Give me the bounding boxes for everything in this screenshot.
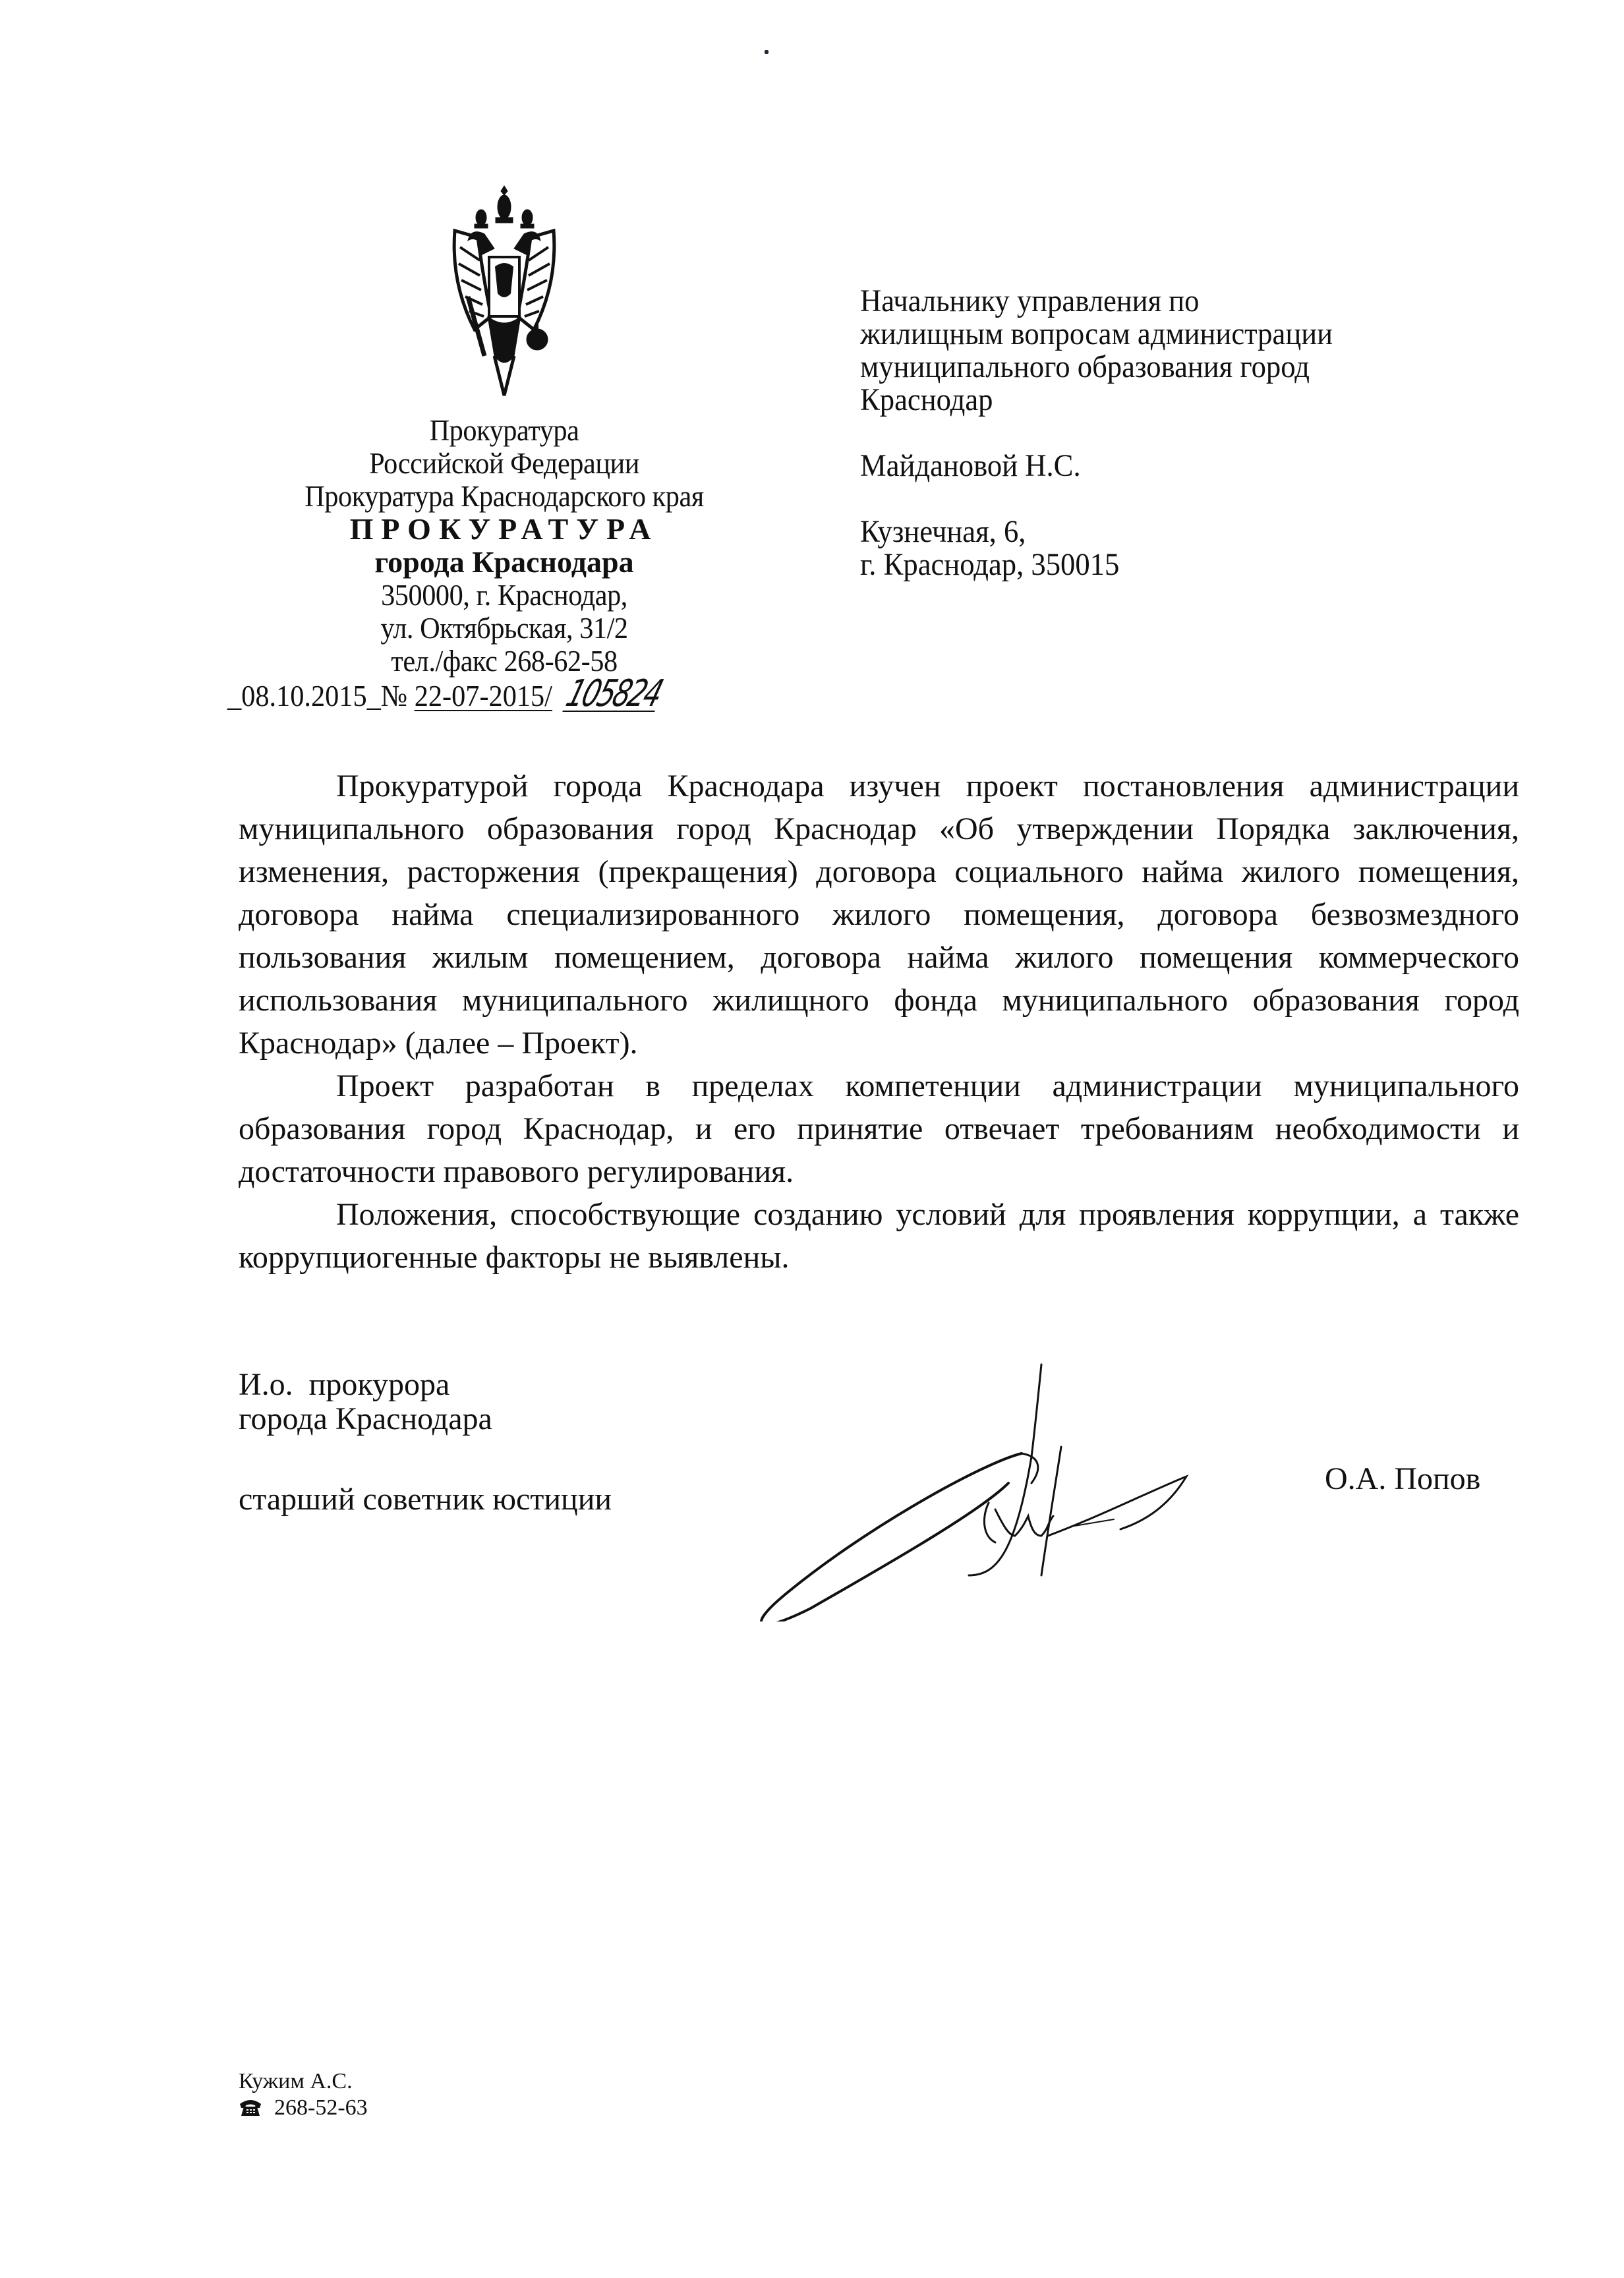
addressee-position-1: Начальнику управления по [860, 285, 1473, 318]
org-title: ПРОКУРАТУРА [227, 513, 781, 546]
signer-position: И.о. прокурора города Краснодара старший… [239, 1368, 612, 1517]
reg-number-printed: 22-07-2015/ [415, 679, 552, 713]
addressee-name: Майдановой Н.С. [860, 450, 1473, 482]
executor-info: Кужим А.С. 268-52-63 [239, 2068, 368, 2121]
header-line-3: Прокуратура Краснодарского края [250, 480, 759, 513]
spacer [860, 482, 1519, 515]
addressee-position-3: муниципального образования город [860, 351, 1473, 384]
signer-rank: старший советник юстиции [239, 1482, 612, 1517]
russian-coat-of-arms-icon [448, 185, 560, 402]
org-phone-fax: тел./факс 268-62-58 [250, 645, 759, 678]
executor-phone-line: 268-52-63 [239, 2095, 368, 2121]
executor-phone: 268-52-63 [274, 2095, 368, 2120]
reg-number-sign: № [381, 679, 407, 713]
org-address-1: 350000, г. Краснодар, [250, 579, 759, 612]
handwritten-signature-icon [732, 1358, 1272, 1621]
signer-position-2: города Краснодара [239, 1402, 612, 1436]
scan-speck [765, 50, 768, 54]
addressee-street: Кузнечная, 6, [860, 515, 1473, 548]
executor-name: Кужим А.С. [239, 2068, 368, 2095]
signer-name: О.А. Попов [1325, 1462, 1480, 1496]
reg-number-handwritten: 105824 [562, 678, 664, 712]
header-line-2: Российской Федерации [250, 447, 759, 480]
addressee-position-2: жилищным вопросам администрации [860, 318, 1473, 351]
reg-prefix-blank: _ [227, 679, 241, 713]
reg-sep-blank: _ [367, 679, 381, 713]
org-city: города Краснодара [227, 546, 781, 579]
org-address-2: ул. Октябрьская, 31/2 [250, 612, 759, 645]
addressee-block: Начальнику управления по жилищным вопрос… [860, 285, 1519, 581]
reg-date: 08.10.2015 [241, 679, 366, 713]
spacer [860, 417, 1519, 450]
spacer [227, 402, 781, 414]
letter-body: Прокуратурой города Краснодара изучен пр… [239, 765, 1519, 1279]
telephone-icon [239, 2097, 262, 2117]
header-line-1: Прокуратура [250, 414, 759, 447]
body-paragraph-1: Прокуратурой города Краснодара изучен пр… [239, 765, 1519, 1065]
body-paragraph-2: Проект разработан в пределах компетенции… [239, 1065, 1519, 1193]
signer-position-1: И.о. прокурора [239, 1368, 612, 1402]
spacer [239, 1436, 612, 1482]
letterhead: Прокуратура Российской Федерации Прокура… [227, 185, 781, 713]
body-paragraph-3: Положения, способствующие созданию услов… [239, 1193, 1519, 1279]
addressee-city: г. Краснодар, 350015 [860, 548, 1473, 581]
addressee-position-4: Краснодар [860, 384, 1473, 417]
registration-line: _08.10.2015_№ 22-07-2015/105824 [227, 678, 737, 713]
